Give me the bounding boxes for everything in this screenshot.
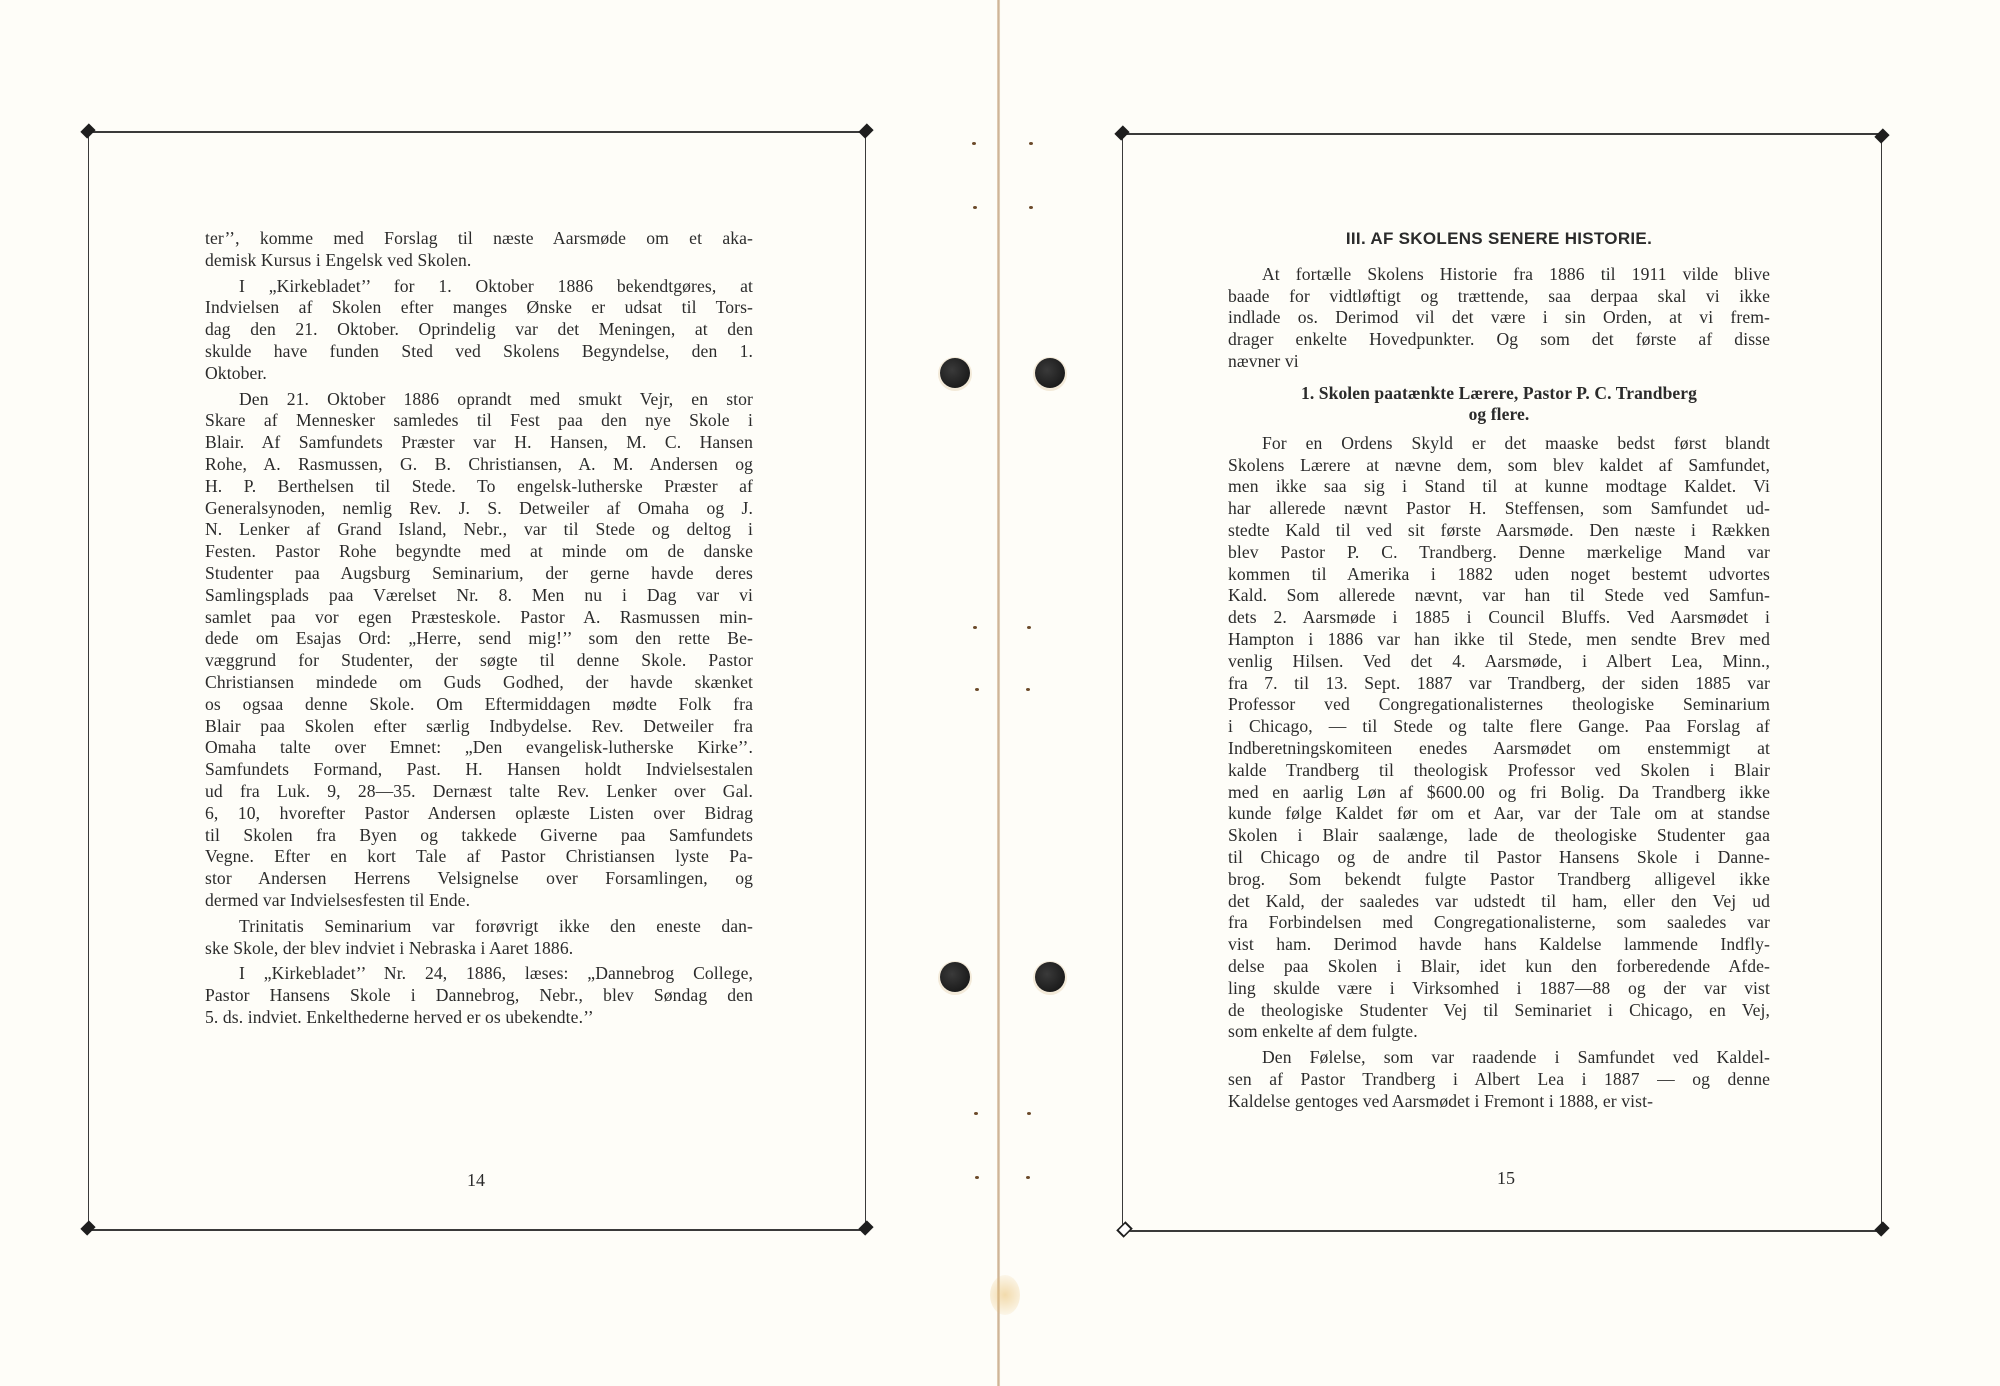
text-line: H. P. Berthelsen til Stede. To engelsk-l…: [205, 476, 753, 498]
paragraph: ter’’, komme med Forslag til næste Aarsm…: [205, 228, 753, 272]
binding-dot: [975, 688, 979, 691]
text-line: Christiansen mindede om Guds Godhed, der…: [205, 672, 753, 694]
border-line: [88, 133, 89, 1229]
text-line: blev Pastor P. C. Trandberg. Denne mærke…: [1228, 542, 1770, 564]
text-line: dag den 21. Oktober. Oprindelig var det …: [205, 319, 753, 341]
text-line: N. Lenker af Grand Island, Nebr., var ti…: [205, 519, 753, 541]
binding-dot: [1029, 142, 1033, 145]
text-line: dets 2. Aarsmøde i 1885 i Council Bluffs…: [1228, 607, 1770, 629]
right-page-paragraphs: For en Ordens Skyld er det maaske bedst …: [1228, 433, 1770, 1113]
border-line: [1122, 135, 1123, 1230]
chapter-heading: III. AF SKOLENS SENERE HISTORIE.: [1228, 228, 1770, 250]
binding-dot: [1026, 688, 1030, 691]
text-line: ling skulde være i Virksomhed i 1887—88 …: [1228, 978, 1770, 1000]
text-line: Omaha talte over Emnet: „Den evangelisk-…: [205, 737, 753, 759]
text-line: væggrund for Studenter, der søgte til de…: [205, 650, 753, 672]
binding-dot: [974, 1112, 978, 1115]
text-line: sen af Pastor Trandberg i Albert Lea i 1…: [1228, 1069, 1770, 1091]
binding-dot: [972, 142, 976, 145]
text-line: Skolens Lærere at nævne dem, som blev ka…: [1228, 455, 1770, 477]
text-line: til Chicago og de andre til Pastor Hanse…: [1228, 847, 1770, 869]
text-line: 6, 10, hvorefter Pastor Andersen oplæste…: [205, 803, 753, 825]
text-line: For en Ordens Skyld er det maaske bedst …: [1228, 433, 1770, 455]
punched-hole-icon: [1035, 358, 1065, 388]
punched-hole-icon: [940, 358, 970, 388]
paragraph: Trinitatis Seminarium var forøvrigt ikke…: [205, 916, 753, 960]
text-line: Samfundets Formand, Past. H. Hansen hold…: [205, 759, 753, 781]
text-line: Den Følelse, som var raadende i Samfunde…: [1228, 1047, 1770, 1069]
text-line: baade for vidtløftigt og trættende, saa …: [1228, 286, 1770, 308]
text-line: de theologiske Studenter Vej til Seminar…: [1228, 1000, 1770, 1022]
text-line: Blair. Af Samfundets Præster var H. Hans…: [205, 432, 753, 454]
text-line: vist ham. Derimod havde hans Kaldelse la…: [1228, 934, 1770, 956]
text-line: Oktober.: [205, 363, 753, 385]
binding-dot: [975, 1176, 979, 1179]
section-heading-line: 1. Skolen paatænkte Lærere, Pastor P. C.…: [1228, 383, 1770, 404]
text-line: At fortælle Skolens Historie fra 1886 ti…: [1228, 264, 1770, 286]
paragraph: For en Ordens Skyld er det maaske bedst …: [1228, 433, 1770, 1043]
paragraph: Den Følelse, som var raadende i Samfunde…: [1228, 1047, 1770, 1112]
punched-hole-icon: [940, 962, 970, 992]
page-number: 15: [1476, 1168, 1536, 1189]
text-line: kalde Trandberg til theologisk Professor…: [1228, 760, 1770, 782]
text-line: Blair paa Skolen efter særlig Indbydelse…: [205, 716, 753, 738]
text-line: Hampton i 1886 var han ikke til Stede, m…: [1228, 629, 1770, 651]
text-line: kunde følge Kaldet før om et Aar, var de…: [1228, 803, 1770, 825]
text-line: dede om Esajas Ord: „Herre, send mig!’’ …: [205, 628, 753, 650]
paper-stain: [990, 1275, 1020, 1315]
text-line: ud fra Luk. 9, 28—35. Dernæst talte Rev.…: [205, 781, 753, 803]
text-line: til Skolen fra Byen og takkede Giverne p…: [205, 825, 753, 847]
binding-dot: [1027, 1112, 1031, 1115]
text-line: 5. ds. indviet. Enkelthederne herved er …: [205, 1007, 753, 1029]
text-line: stedte Kald til ved sit første Aarsmøde.…: [1228, 520, 1770, 542]
text-line: Pastor Hansens Skole i Dannebrog, Nebr.,…: [205, 985, 753, 1007]
text-line: Generalsynoden, nemlig Rev. J. S. Detwei…: [205, 498, 753, 520]
binding-dot: [1027, 626, 1031, 629]
text-line: Skolen i Blair saalænge, lade de theolog…: [1228, 825, 1770, 847]
text-line: fra 7. til 13. Sept. 1887 var Trandberg,…: [1228, 673, 1770, 695]
text-line: har allerede nævnt Pastor H. Steffensen,…: [1228, 498, 1770, 520]
border-line: [865, 133, 866, 1229]
binding-dot: [1026, 1176, 1030, 1179]
binding-dot: [1029, 206, 1033, 209]
text-line: Kald. Som allerede nævnt, var han til St…: [1228, 585, 1770, 607]
text-line: kommen til Amerika i 1882 uden noget bes…: [1228, 564, 1770, 586]
text-line: Samlingsplads paa Værelset Nr. 8. Men nu…: [205, 585, 753, 607]
binding-dot: [973, 626, 977, 629]
text-line: Indberetningskomiteen enedes Aarsmødet o…: [1228, 738, 1770, 760]
text-line: I „Kirkebladet’’ for 1. Oktober 1886 bek…: [205, 276, 753, 298]
text-line: det Kald, der saaledes var udstedt til h…: [1228, 891, 1770, 913]
book-gutter: [997, 0, 1000, 1386]
text-line: Indvielsen af Skolen efter manges Ønske …: [205, 297, 753, 319]
text-line: fra Forbindelsen med Congregationalister…: [1228, 912, 1770, 934]
text-line: Skare af Mennesker samledes til Fest paa…: [205, 410, 753, 432]
text-line: venlig Hilsen. Ved det 4. Aarsmøde, i Al…: [1228, 651, 1770, 673]
binding-dot: [973, 206, 977, 209]
text-line: Rohe, A. Rasmussen, G. B. Christiansen, …: [205, 454, 753, 476]
page-number: 14: [446, 1170, 506, 1191]
section-heading: 1. Skolen paatænkte Lærere, Pastor P. C.…: [1228, 383, 1770, 425]
text-line: brog. Som bekendt fulgte Pastor Trandber…: [1228, 869, 1770, 891]
text-line: stor Andersen Herrens Velsignelse over F…: [205, 868, 753, 890]
text-line: os ogsaa denne Skole. Om Eftermiddagen m…: [205, 694, 753, 716]
text-line: i Chicago, — til Stede og talte flere Ga…: [1228, 716, 1770, 738]
right-page-body: III. AF SKOLENS SENERE HISTORIE. At fort…: [1228, 228, 1770, 1116]
text-line: Festen. Pastor Rohe begyndte med at mind…: [205, 541, 753, 563]
text-line: nævner vi: [1228, 351, 1770, 373]
paragraph: At fortælle Skolens Historie fra 1886 ti…: [1228, 264, 1770, 373]
text-line: ter’’, komme med Forslag til næste Aarsm…: [205, 228, 753, 250]
text-line: dermed var Indvielsesfesten til Ende.: [205, 890, 753, 912]
section-heading-line: og flere.: [1228, 404, 1770, 425]
text-line: Vegne. Efter en kort Tale af Pastor Chri…: [205, 846, 753, 868]
text-line: drager enkelte Hovedpunkter. Og som det …: [1228, 329, 1770, 351]
paragraph: I „Kirkebladet’’ Nr. 24, 1886, læses: „D…: [205, 963, 753, 1028]
text-line: I „Kirkebladet’’ Nr. 24, 1886, læses: „D…: [205, 963, 753, 985]
text-line: indlade os. Derimod vil det være i sin O…: [1228, 307, 1770, 329]
text-line: skulde have funden Sted ved Skolens Begy…: [205, 341, 753, 363]
border-line: [1881, 135, 1882, 1230]
text-line: Professor ved Congregationalisternes the…: [1228, 694, 1770, 716]
text-line: Trinitatis Seminarium var forøvrigt ikke…: [205, 916, 753, 938]
text-line: ske Skole, der blev indviet i Nebraska i…: [205, 938, 753, 960]
paragraph: Den 21. Oktober 1886 oprandt med smukt V…: [205, 389, 753, 912]
text-line: Den 21. Oktober 1886 oprandt med smukt V…: [205, 389, 753, 411]
punched-hole-icon: [1035, 962, 1065, 992]
text-line: men ikke saa sig i Stand til at kunne mo…: [1228, 476, 1770, 498]
text-line: Studenter paa Augsburg Seminarium, der g…: [205, 563, 753, 585]
left-page-body: ter’’, komme med Forslag til næste Aarsm…: [205, 228, 753, 1033]
text-line: som enkelte af dem fulgte.: [1228, 1021, 1770, 1043]
text-line: samlet paa vor egen Præsteskole. Pastor …: [205, 607, 753, 629]
text-line: Kaldelse gentoges ved Aarsmødet i Fremon…: [1228, 1091, 1770, 1113]
text-line: med en aarlig Løn af $600.00 og fri Boli…: [1228, 782, 1770, 804]
text-line: delse paa Skolen i Blair, idet kun den f…: [1228, 956, 1770, 978]
text-line: demisk Kursus i Engelsk ved Skolen.: [205, 250, 753, 272]
paragraph: I „Kirkebladet’’ for 1. Oktober 1886 bek…: [205, 276, 753, 385]
intro-paragraph: At fortælle Skolens Historie fra 1886 ti…: [1228, 264, 1770, 373]
